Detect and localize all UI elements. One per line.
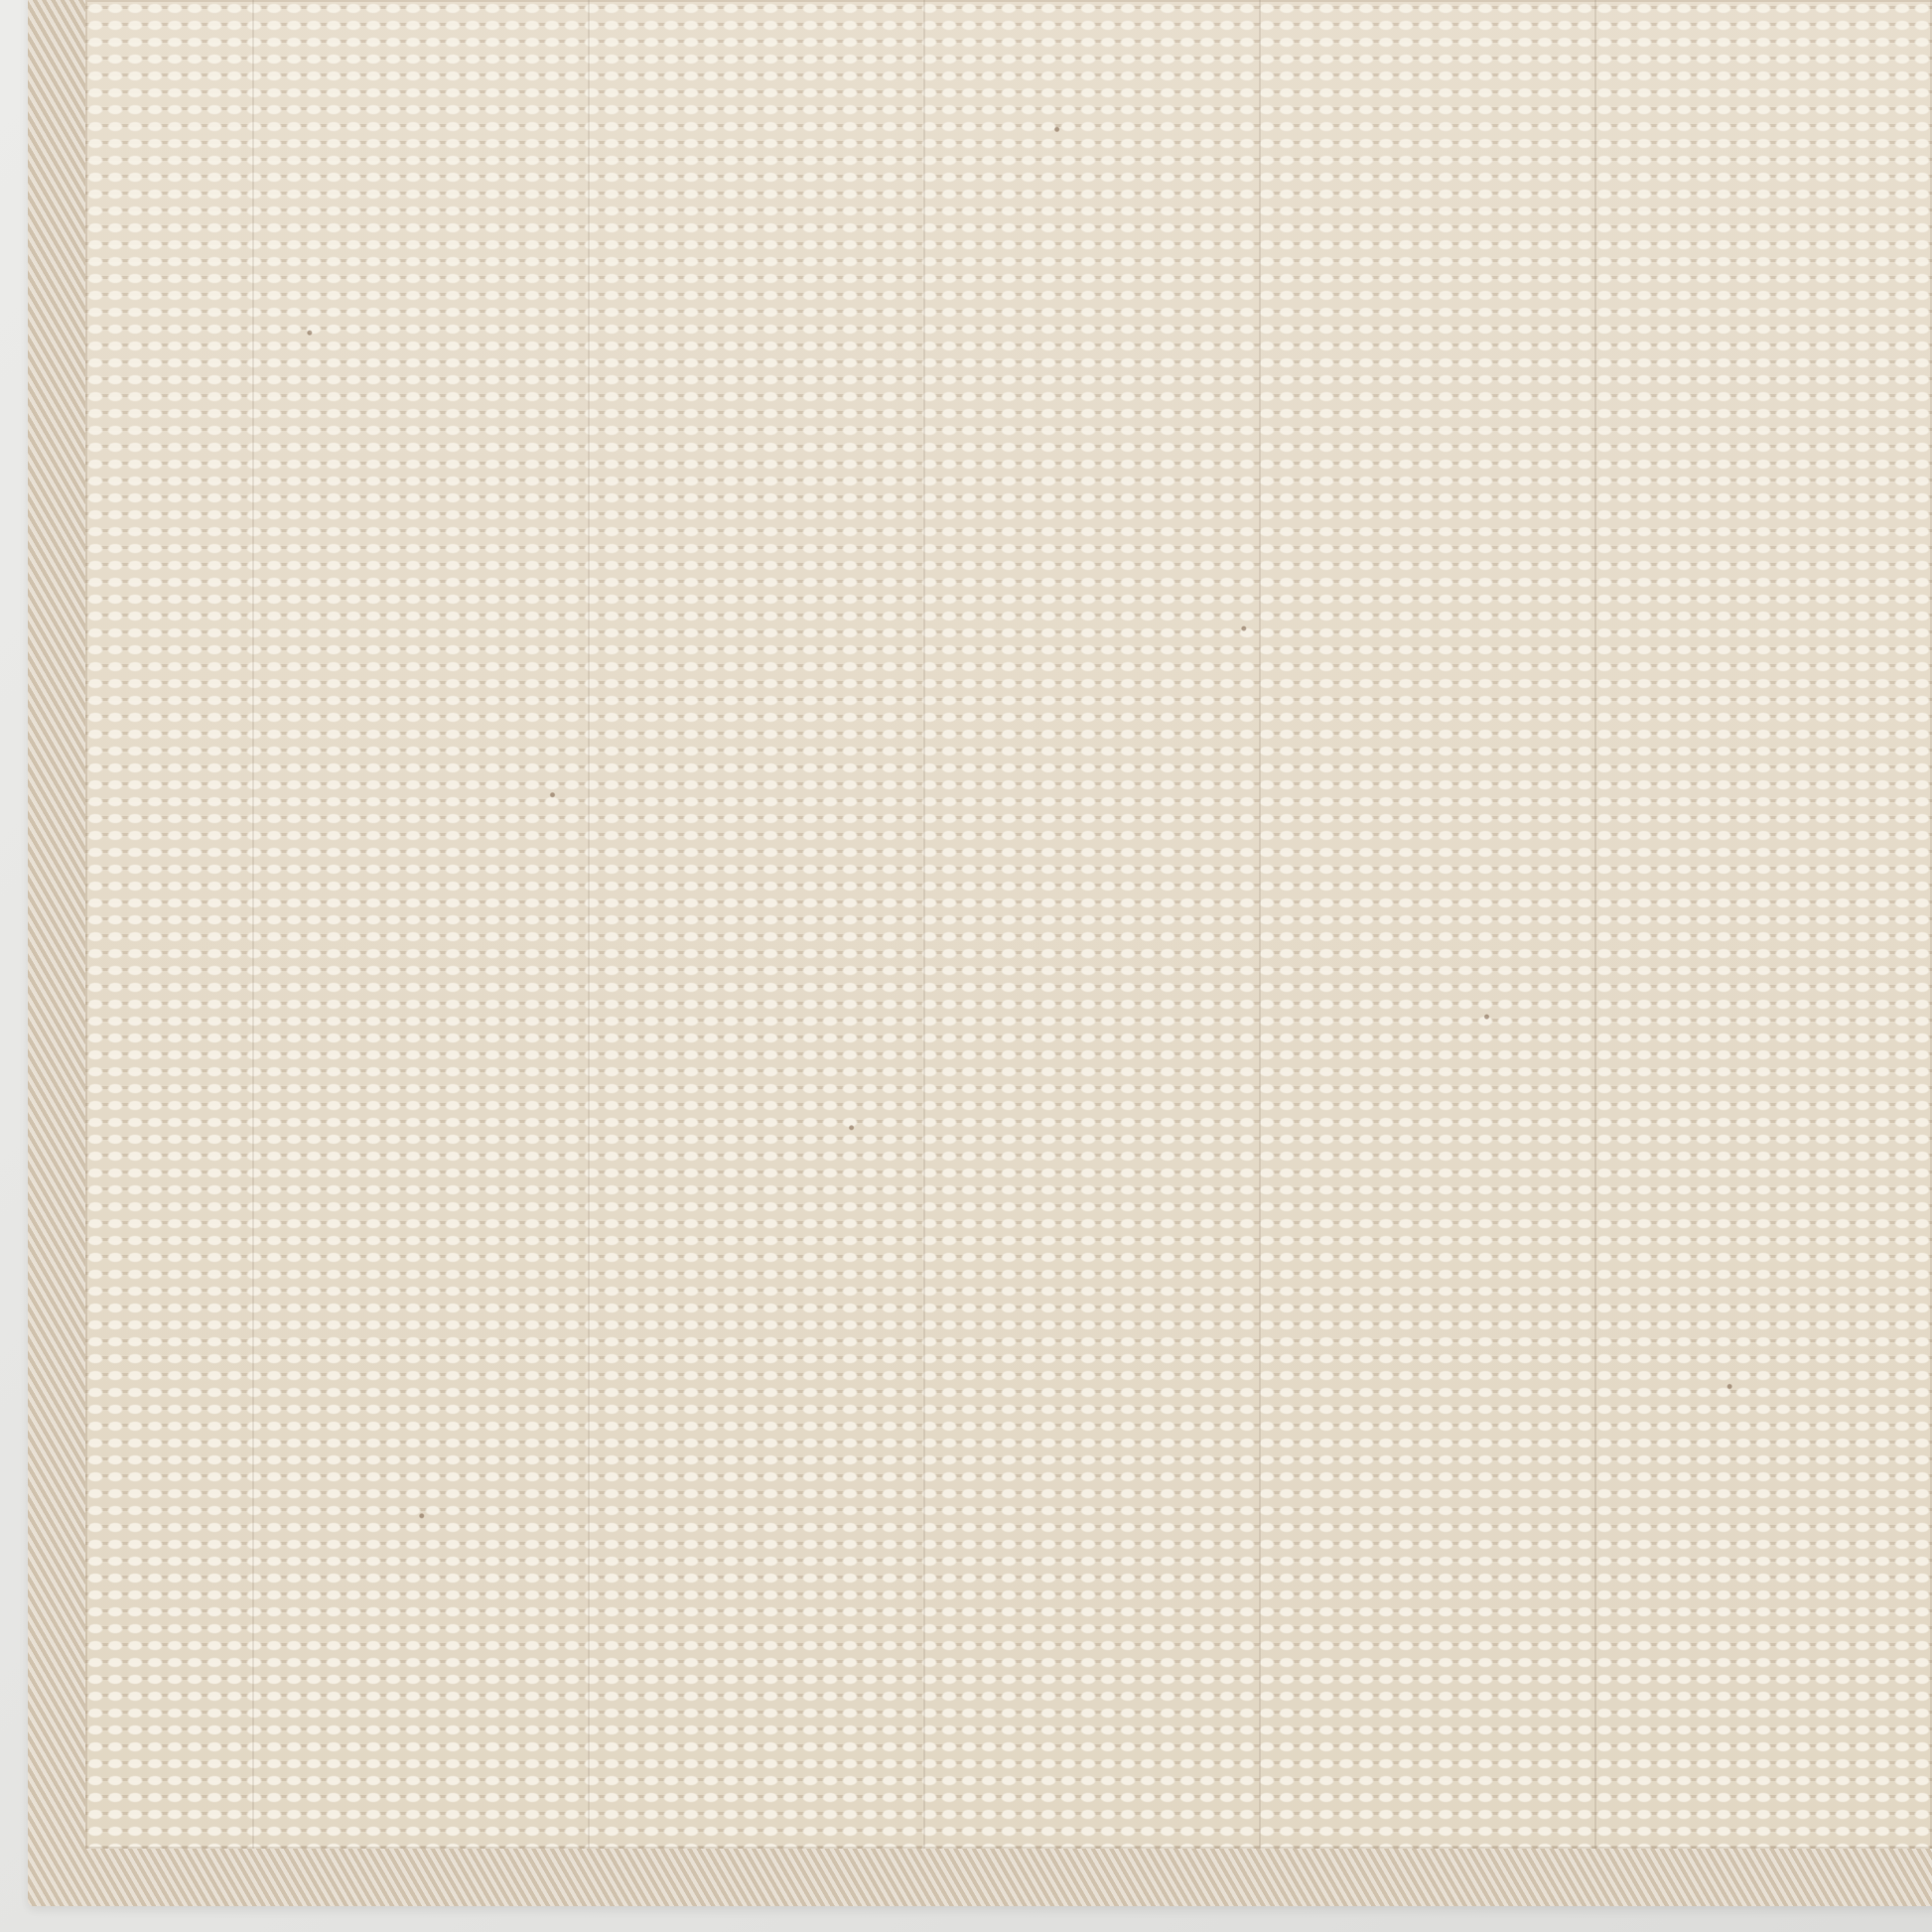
carpet-loop-pile-field [85,0,1932,1849]
carpet-sample [28,0,1932,1906]
carpet-color-flecks [85,0,1932,1849]
